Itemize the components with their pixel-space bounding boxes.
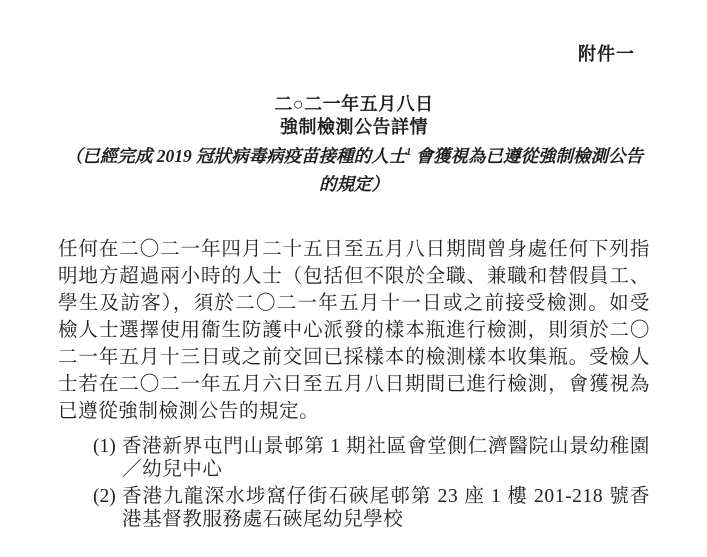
- document-page: 附件一 二○二一年五月八日 強制檢測公告詳情 （已經完成 2019 冠狀病毒病疫…: [0, 0, 707, 557]
- subtitle-prefix: （已經完成 2019 冠狀病毒病疫苗接種的人士: [65, 146, 406, 166]
- subtitle-vaccination-note: （已經完成 2019 冠狀病毒病疫苗接種的人士1 會獲視為已遵從強制檢測公告的規…: [58, 142, 650, 198]
- location-list: (1) 香港新界屯門山景邨第 1 期社區會堂側仁濟醫院山景幼稚園／幼兒中心 (2…: [58, 435, 650, 531]
- location-number: (2): [93, 485, 122, 531]
- body-paragraph: 任何在二〇二一年四月二十五日至五月八日期間曾身處任何下列指明地方超過兩小時的人士…: [58, 236, 650, 425]
- location-number: (1): [93, 435, 122, 481]
- title-main: 強制檢測公告詳情: [58, 116, 650, 139]
- location-text: 香港新界屯門山景邨第 1 期社區會堂側仁濟醫院山景幼稚園／幼兒中心: [122, 435, 650, 481]
- location-item: (2) 香港九龍深水埗窩仔街石硤尾邨第 23 座 1 樓 201-218 號香港…: [93, 485, 650, 531]
- location-text: 香港九龍深水埗窩仔街石硤尾邨第 23 座 1 樓 201-218 號香港基督教服…: [122, 485, 650, 531]
- annex-label: 附件一: [58, 45, 650, 64]
- location-item: (1) 香港新界屯門山景邨第 1 期社區會堂側仁濟醫院山景幼稚園／幼兒中心: [93, 435, 650, 481]
- title-date: 二○二一年五月八日: [58, 93, 650, 116]
- title-block: 二○二一年五月八日 強制檢測公告詳情 （已經完成 2019 冠狀病毒病疫苗接種的…: [58, 93, 650, 198]
